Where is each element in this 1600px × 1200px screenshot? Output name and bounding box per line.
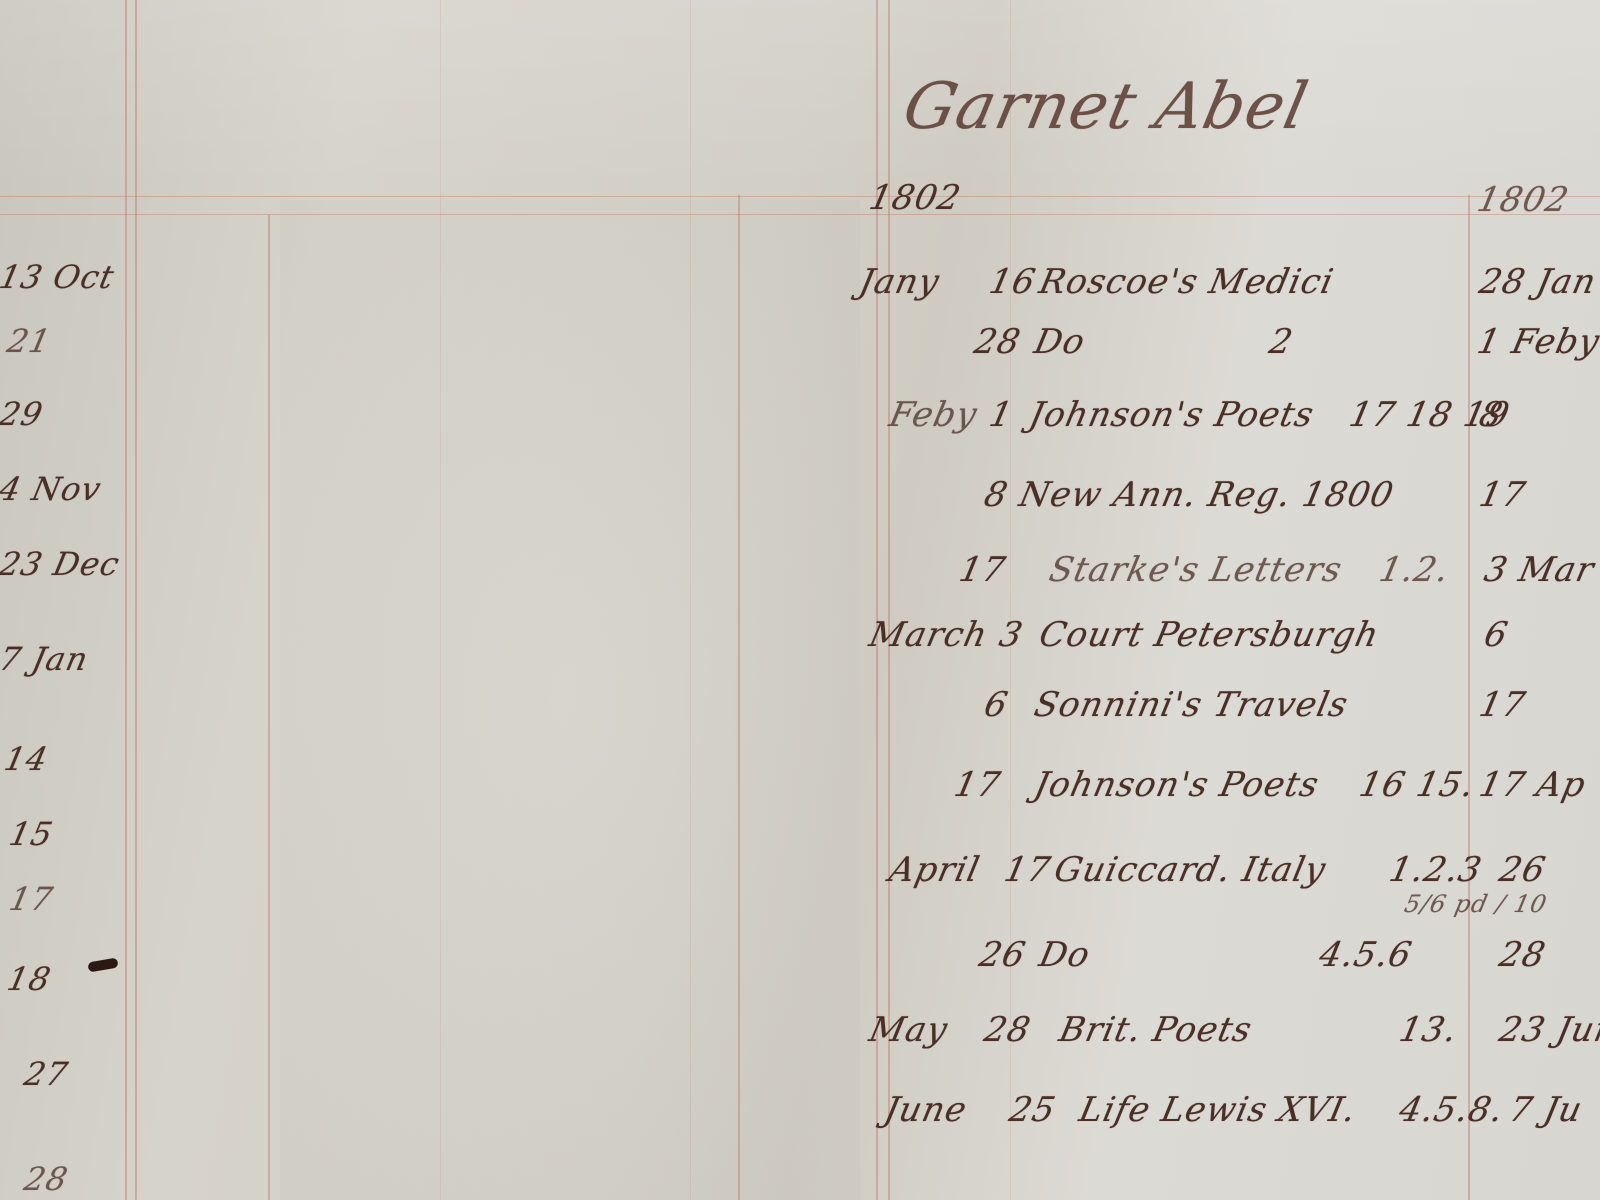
entry-returned: 17 Ap	[1476, 765, 1590, 805]
entry-returned: 17	[1476, 475, 1530, 515]
entry-month: May	[866, 1010, 952, 1050]
entry-returned: 23 Jun	[1496, 1010, 1600, 1050]
entry-item: Do	[1031, 322, 1089, 362]
entry-item: Guiccard. Italy	[1051, 850, 1330, 890]
entry-day: 16	[986, 262, 1040, 302]
rule-horizontal	[0, 214, 1600, 215]
entry-day: 1	[986, 395, 1017, 435]
entry-vols: 16 15.	[1356, 765, 1479, 805]
entry-item: Court Petersburgh	[1036, 615, 1383, 655]
left-entry: 13 Oct	[0, 258, 118, 296]
left-entry: 21	[4, 322, 55, 360]
entry-day: 3	[996, 615, 1027, 655]
entry-item: Johnson's Poets	[1026, 395, 1318, 435]
entry-month: June	[881, 1090, 971, 1130]
left-entry: 29	[0, 395, 47, 433]
ink-blot	[87, 957, 118, 972]
entry-day: 8	[981, 475, 1012, 515]
entry-vols: 1.2.	[1376, 550, 1453, 590]
entry-returned: 1 Feby	[1474, 322, 1600, 362]
year-right: 1802	[1474, 180, 1573, 220]
entry-returned: 28 Jan	[1476, 262, 1600, 302]
entry-returned: 3 Mar	[1481, 550, 1598, 590]
paper-shading	[280, 200, 860, 1200]
account-name: Garnet Abel	[897, 70, 1314, 144]
entry-day: 17	[1001, 850, 1055, 890]
entry-returned: 17	[1476, 685, 1530, 725]
rule-vertical	[738, 195, 740, 1200]
entry-day: 17	[956, 550, 1010, 590]
left-entry: 4 Nov	[0, 470, 105, 508]
left-entry: 15	[6, 815, 57, 853]
entry-item: Roscoe's Medici	[1036, 262, 1338, 302]
entry-vols: 2	[1266, 322, 1297, 362]
entry-vols: 1.2.3	[1386, 850, 1486, 890]
entry-month: Feby	[886, 395, 981, 435]
left-entry: 28	[21, 1160, 72, 1198]
entry-day: 25	[1006, 1090, 1060, 1130]
entry-vols: 4.5.8.	[1396, 1090, 1508, 1130]
rule-vertical	[135, 0, 137, 1200]
entry-month: March	[866, 615, 992, 655]
entry-item: Life Lewis XVI.	[1076, 1090, 1360, 1130]
entry-day: 26	[976, 935, 1030, 975]
rule-vertical	[125, 0, 127, 1200]
entry-vols: 13.	[1396, 1010, 1462, 1050]
entry-item: Starke's Letters	[1046, 550, 1346, 590]
entry-returned: 7 Ju	[1506, 1090, 1586, 1130]
rule-vertical-faint	[690, 0, 691, 1200]
entry-returned: 26	[1496, 850, 1550, 890]
left-entry: 7 Jan	[0, 640, 92, 678]
year-left: 1802	[866, 178, 965, 218]
entry-vols: 4.5.6	[1316, 935, 1416, 975]
entry-day: 17	[951, 765, 1005, 805]
left-entry: 27	[21, 1055, 72, 1093]
left-entry: 17	[6, 880, 57, 918]
entry-note: 5/6 pd / 10	[1402, 890, 1550, 918]
rule-vertical-faint	[440, 0, 441, 1200]
entry-day: 6	[981, 685, 1012, 725]
rule-vertical	[268, 215, 270, 1200]
paper-highlight	[0, 0, 1600, 190]
entry-item: Sonnini's Travels	[1031, 685, 1352, 725]
entry-day: 28	[981, 1010, 1035, 1050]
left-entry: 18	[4, 960, 55, 998]
entry-item: Do	[1036, 935, 1094, 975]
entry-item: New Ann. Reg. 1800	[1016, 475, 1398, 515]
left-entry: 23 Dec	[0, 545, 123, 583]
entry-day: 28	[971, 322, 1025, 362]
entry-returned: 6	[1481, 615, 1512, 655]
left-entry: 14	[1, 740, 52, 778]
entry-item: Johnson's Poets	[1031, 765, 1323, 805]
ledger-page: Garnet Abel 1802 1802 13 Oct 21 29 4 Nov…	[0, 0, 1600, 1200]
entry-item: Brit. Poets	[1056, 1010, 1256, 1050]
entry-returned: 28	[1496, 935, 1550, 975]
rule-horizontal	[0, 196, 1600, 197]
entry-month: April	[886, 850, 984, 890]
rule-vertical	[1468, 195, 1470, 1200]
entry-month: Jany	[856, 262, 944, 302]
